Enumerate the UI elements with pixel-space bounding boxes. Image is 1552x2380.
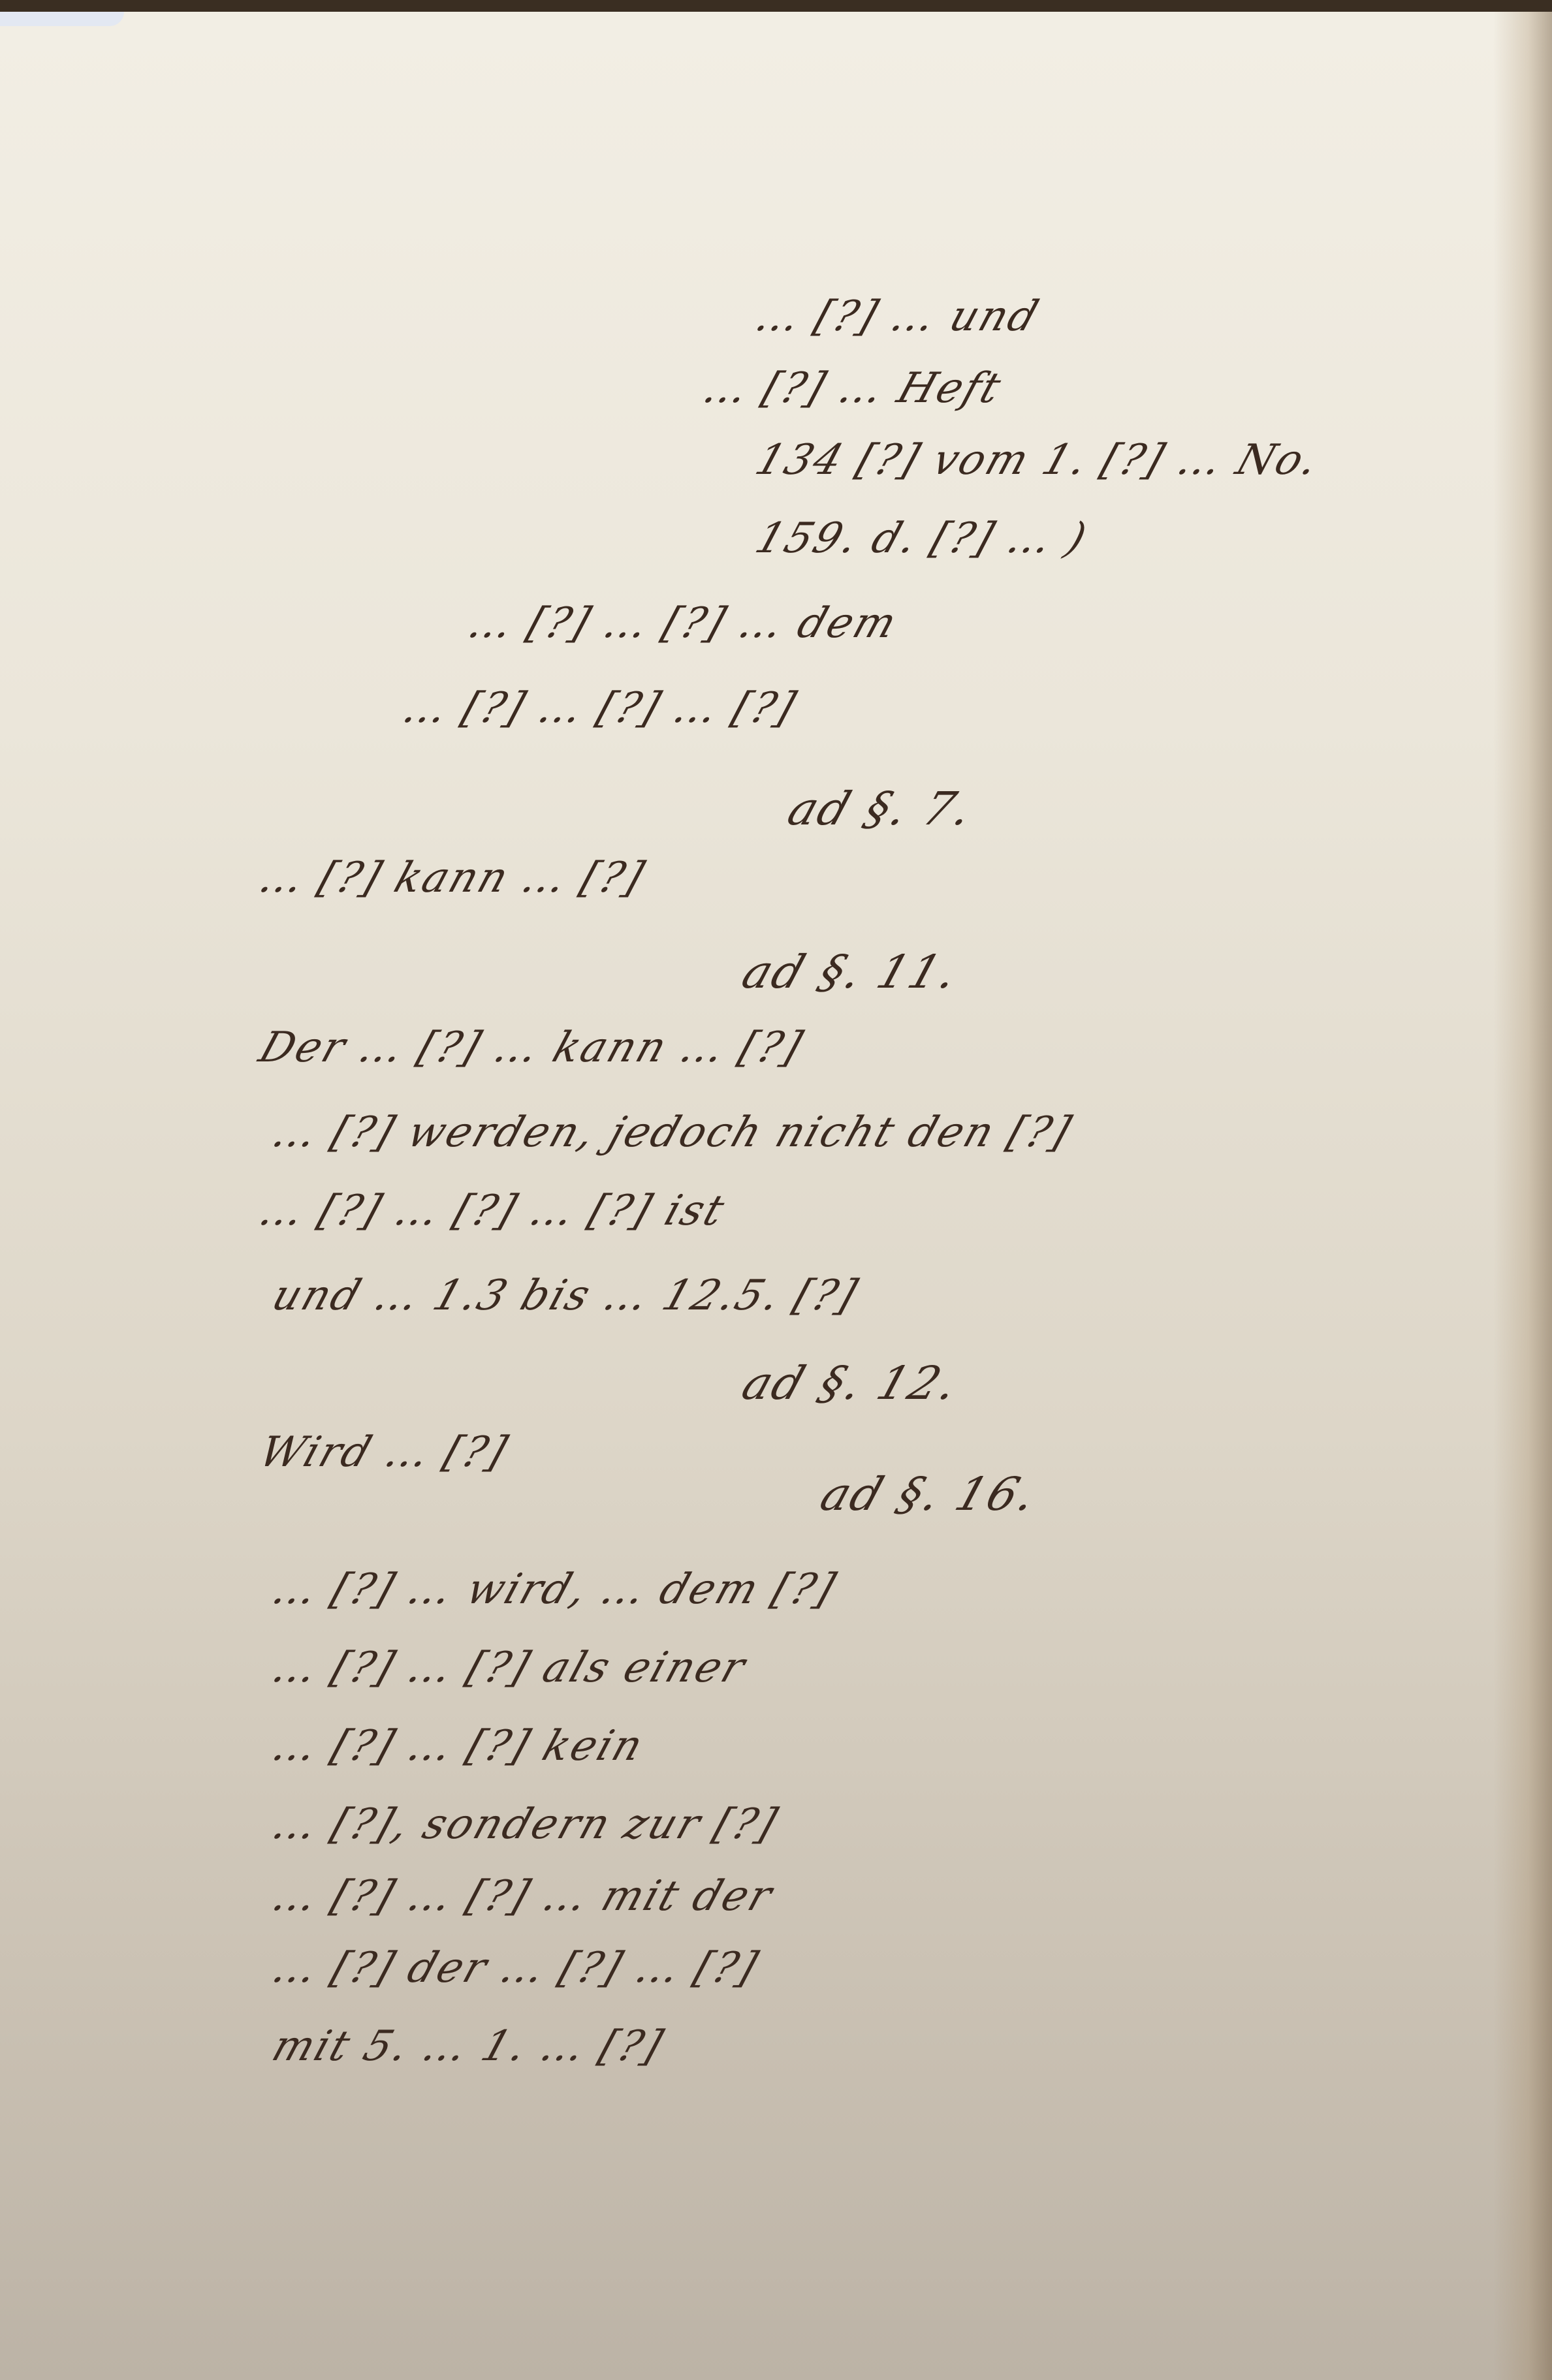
manuscript-page: … [?] … und… [?] … Heft134 [?] vom 1. [?… [0,12,1552,2380]
text-line: … [?] der … [?] … [?] [266,1944,765,1992]
text-line: … [?] … [?] als einer [266,1644,753,1692]
page-corner-scrap [0,12,124,26]
text-line: Der … [?] … kann … [?] [253,1024,810,1072]
text-line: … [?], sondern zur [?] [266,1800,784,1849]
text-line: … [?] … [?] … mit der [266,1872,780,1920]
section-heading: ad §. 16. [814,1467,1045,1521]
section-heading: ad §. 12. [736,1356,966,1410]
section-heading: ad §. 11. [736,945,966,999]
text-line: 159. d. [?] … ) [750,514,1094,563]
text-line: … [?] … [?] … dem [462,599,904,648]
text-line: und … 1.3 bis … 12.5. [?] [266,1272,864,1320]
text-line: mit 5. … 1. … [?] [266,2022,670,2071]
text-line: … [?] … [?] … [?] ist [253,1187,732,1235]
text-line: … [?] kann … [?] [253,854,651,902]
text-line: … [?] … [?] kein [266,1722,650,1770]
text-line: 134 [?] vom 1. [?] … No. [750,436,1326,484]
text-line: … [?] … Heft [697,364,1008,413]
text-line: Wird … [?] [253,1428,515,1477]
section-heading: ad §. 7. [782,782,981,836]
text-line: … [?] … und [750,292,1046,341]
text-line: … [?] … wird, … dem [?] [266,1565,842,1614]
text-line: … [?] werden, jedoch nicht den [?] [266,1108,1078,1157]
text-line: … [?] … [?] … [?] [397,684,803,732]
